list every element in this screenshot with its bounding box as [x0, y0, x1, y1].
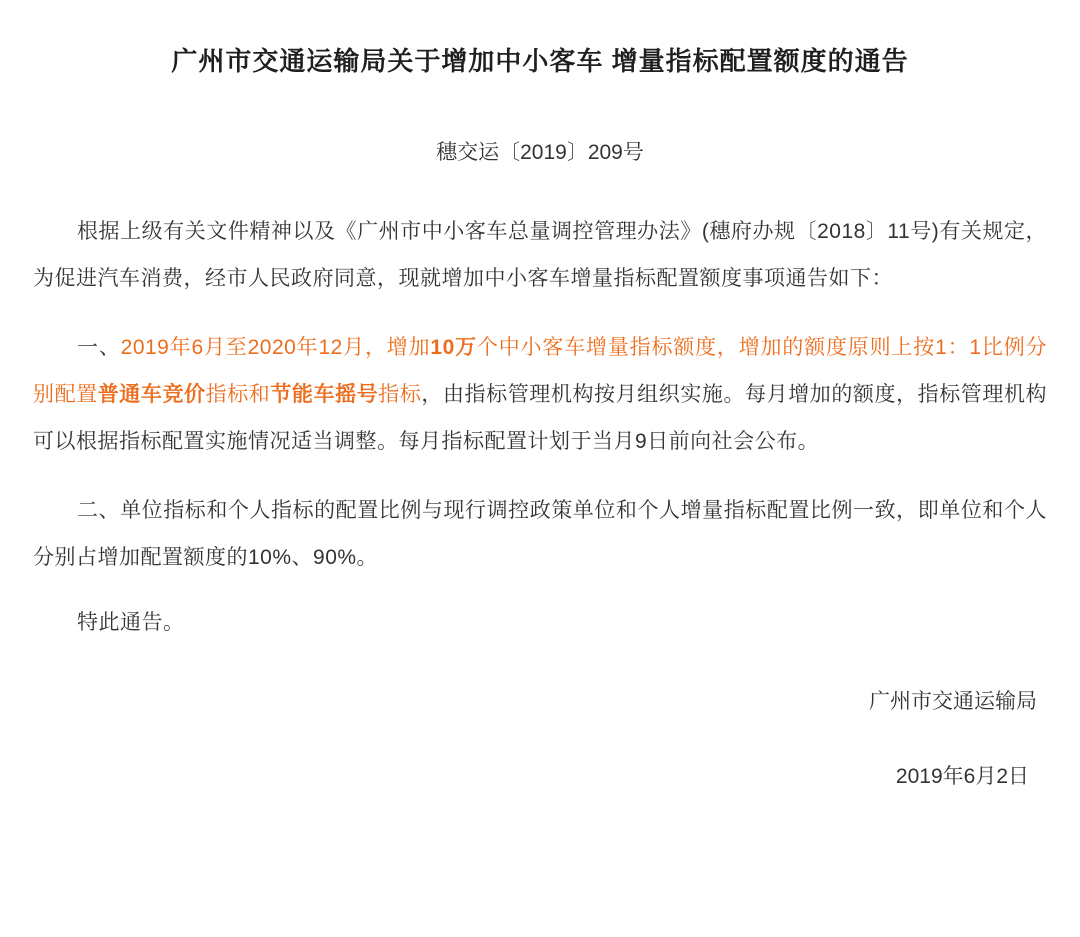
item1-highlight-quota: 10万 — [430, 336, 477, 359]
item1-highlight-energy-saving-lottery: 节能车摇号 — [270, 383, 378, 406]
paragraph-item-2: 二、单位指标和个人指标的配置比例与现行调控政策单位和个人增量指标配置比例一致，即… — [33, 487, 1047, 581]
item1-orange-segment-3: 指标和 — [206, 383, 271, 406]
item2-text: 二、单位指标和个人指标的配置比例与现行调控政策单位和个人增量指标配置比例一致，即… — [33, 499, 1047, 569]
item1-orange-segment-1: 2019年6月至2020年12月，增加 — [121, 336, 431, 359]
paragraph-intro: 根据上级有关文件精神以及《广州市中小客车总量调控管理办法》(穗府办规〔2018〕… — [33, 208, 1047, 302]
document-number: 穗交运〔2019〕209号 — [33, 138, 1047, 168]
issuing-authority: 广州市交通运输局 — [33, 678, 1047, 725]
notice-document: 广州市交通运输局关于增加中小客车 增量指标配置额度的通告 穗交运〔2019〕20… — [0, 0, 1080, 937]
paragraph-closing: 特此通告。 — [33, 599, 1047, 646]
item1-orange-segment-4: 指标 — [378, 383, 421, 406]
document-title: 广州市交通运输局关于增加中小客车 增量指标配置额度的通告 — [33, 42, 1047, 80]
issue-date: 2019年6月2日 — [33, 753, 1047, 800]
item1-highlight-ordinary-car-auction: 普通车竞价 — [98, 383, 206, 406]
item1-label: 一、 — [77, 336, 121, 359]
paragraph-item-1: 一、2019年6月至2020年12月，增加10万个中小客车增量指标额度，增加的额… — [33, 324, 1047, 465]
closing-text: 特此通告。 — [77, 611, 185, 634]
intro-text: 根据上级有关文件精神以及《广州市中小客车总量调控管理办法》(穗府办规〔2018〕… — [33, 220, 1047, 290]
